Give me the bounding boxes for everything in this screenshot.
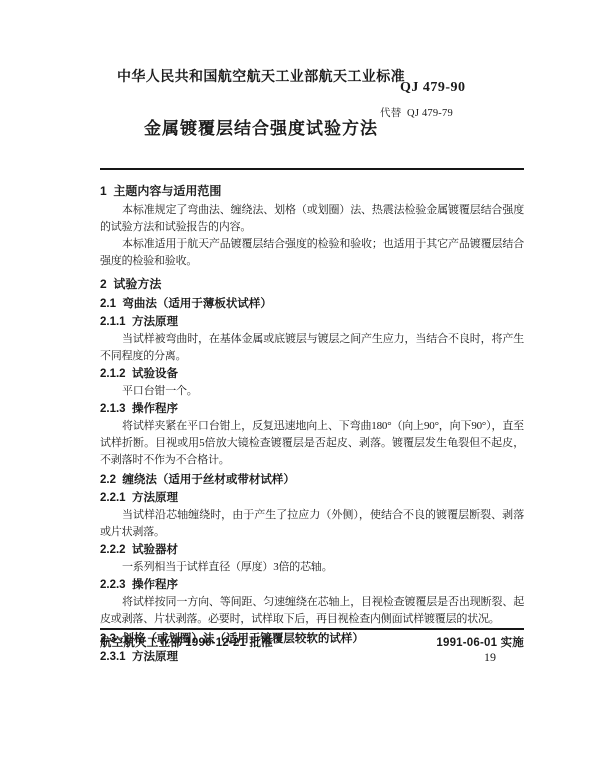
- section-heading: 2.1.2 试验设备: [100, 366, 524, 383]
- section-heading: 2.2.3 操作程序: [100, 577, 524, 594]
- section-heading: 2.1.3 操作程序: [100, 401, 524, 418]
- body-paragraph: 平口台钳一个。: [100, 383, 524, 400]
- body-paragraph: 将试样按同一方向、等间距、匀速缠绕在芯轴上，目视检查镀覆层是否出现断裂、起皮或剥…: [100, 594, 524, 628]
- section-heading: 2.2.2 试验器材: [100, 542, 524, 559]
- standard-document-page: 中华人民共和国航空航天工业部航天工业标准 金属镀覆层结合强度试验方法 QJ 47…: [0, 0, 600, 776]
- body-paragraph: 本标准规定了弯曲法、缠绕法、划格（或划圈）法、热震法检验金属镀覆层结合强度的试验…: [100, 202, 524, 236]
- authority-line: 中华人民共和国航空航天工业部航天工业标准: [100, 66, 422, 86]
- footer-row: 航空航天工业部 1990-12-21 批准 1991-06-01 实施: [100, 634, 524, 650]
- section-heading: 2.1.1 方法原理: [100, 314, 524, 331]
- section-heading: 2.1 弯曲法（适用于薄板状试样）: [100, 296, 524, 313]
- body-paragraph: 当试样沿芯轴缠绕时，由于产生了拉应力（外侧），使结合不良的镀覆层断裂、剥落或片状…: [100, 507, 524, 541]
- header-right-block: QJ 479-90 代替 QJ 479-79: [380, 80, 520, 120]
- footer-rule: [100, 628, 524, 630]
- section-heading: 2.2.1 方法原理: [100, 490, 524, 507]
- body-paragraph: 将试样夹紧在平口台钳上，反复迅速地向上、下弯曲180°（向上90°，向下90°）…: [100, 418, 524, 469]
- section-heading: 2 试验方法: [100, 276, 524, 293]
- header-left-block: 中华人民共和国航空航天工业部航天工业标准 金属镀覆层结合强度试验方法: [100, 66, 422, 139]
- replaces-note: 代替 QJ 479-79: [380, 105, 520, 120]
- page-number: 19: [484, 650, 496, 665]
- section-heading: 2.3.1 方法原理: [100, 649, 524, 666]
- approval-note: 航空航天工业部 1990-12-21 批准: [100, 634, 273, 650]
- standard-number: QJ 479-90: [380, 80, 520, 96]
- body-paragraph: 一系列相当于试样直径（厚度）3倍的芯轴。: [100, 559, 524, 576]
- section-heading: 1 主题内容与适用范围: [100, 183, 524, 200]
- implementation-note: 1991-06-01 实施: [436, 634, 524, 650]
- document-title: 金属镀覆层结合强度试验方法: [100, 114, 422, 139]
- body-paragraph: 本标准适用于航天产品镀覆层结合强度的检验和验收；也适用于其它产品镀覆层结合强度的…: [100, 236, 524, 270]
- document-body: 1 主题内容与适用范围本标准规定了弯曲法、缠绕法、划格（或划圈）法、热震法检验金…: [100, 177, 524, 666]
- header-rule: [100, 168, 524, 170]
- section-heading: 2.2 缠绕法（适用于丝材或带材试样）: [100, 472, 524, 489]
- body-paragraph: 当试样被弯曲时，在基体金属或底镀层与镀层之间产生应力，当结合不良时，将产生不同程…: [100, 331, 524, 365]
